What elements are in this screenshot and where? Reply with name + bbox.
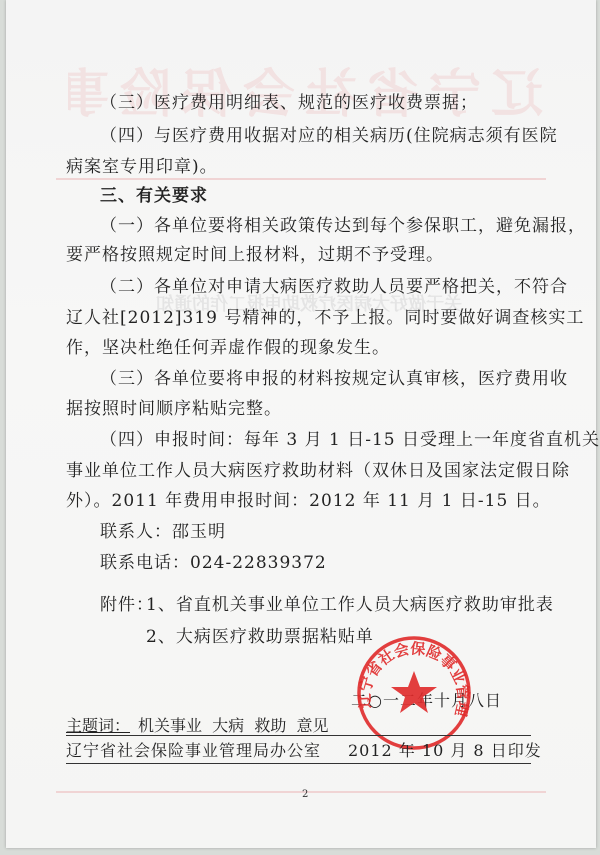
document-page: 辽宁省社会保险事业管理局 关于做好大病医疗救助申报工作的通知 （三）医疗费用明细… (6, 0, 596, 848)
topic-words: 机关事业 大病 救助 意见 (138, 713, 329, 736)
topic-words-label: 主题词： (66, 713, 130, 736)
contact-phone: 联系电话：024-22839372 (100, 548, 327, 573)
body-line: 辽人社[2012]319 号精神的，不予上报。同时要做好调查核实工 (66, 303, 584, 328)
attachment-item-1: 1、省直机关事业单位工作人员大病医疗救助审批表 (146, 590, 554, 615)
body-line: （四）与医疗费用收据对应的相关病历(住院病志须有医院 (100, 121, 558, 146)
section-heading: 三、有关要求 (100, 181, 208, 206)
body-line: （一）各单位要将相关政策传达到每个参保职工，避免漏报， (100, 211, 586, 236)
body-line: （三）医疗费用明细表、规范的医疗收费票据； (100, 88, 478, 113)
issuer-row: 辽宁省社会保险事业管理局办公室 2012 年 10 月 8 日印发 (66, 735, 531, 764)
issuer-office: 辽宁省社会保险事业管理局办公室 (66, 738, 321, 761)
body-line: （三）各单位要将申报的材料按规定认真审核，医疗费用收 (100, 364, 568, 389)
body-line: （四）申报时间：每年 3 月 1 日-15 日受理上一年度省直机关 (100, 425, 600, 450)
body-line: （二）各单位对申请大病医疗救助人员要严格把关，不符合 (100, 272, 568, 297)
topic-words-row: 主题词： 机关事业 大病 救助 意见 (66, 713, 531, 736)
body-line: 外）。2011 年费用申报时间：2012 年 11 月 1 日-15 日。 (66, 486, 551, 511)
body-line: 作，坚决杜绝任何弄虚作假的现象发生。 (66, 333, 390, 358)
issue-date: 2012 年 10 月 8 日印发 (348, 738, 542, 761)
page-number: 2 (302, 789, 308, 800)
body-line: 据按照时间顺序粘贴完整。 (66, 394, 282, 419)
body-line: 病案室专用印章)。 (66, 152, 218, 177)
bleed-through-red-line-bottom (56, 791, 546, 793)
body-line: 事业单位工作人员大病医疗救助材料（双休日及国家法定假日除 (66, 456, 570, 481)
attachment-item-2: 2、大病医疗救助票据粘贴单 (146, 622, 374, 647)
bleed-through-red-line (56, 178, 546, 180)
body-line: 要严格按照规定时间上报材料，过期不予受理。 (66, 240, 444, 265)
contact-person: 联系人：邵玉明 (100, 517, 226, 542)
